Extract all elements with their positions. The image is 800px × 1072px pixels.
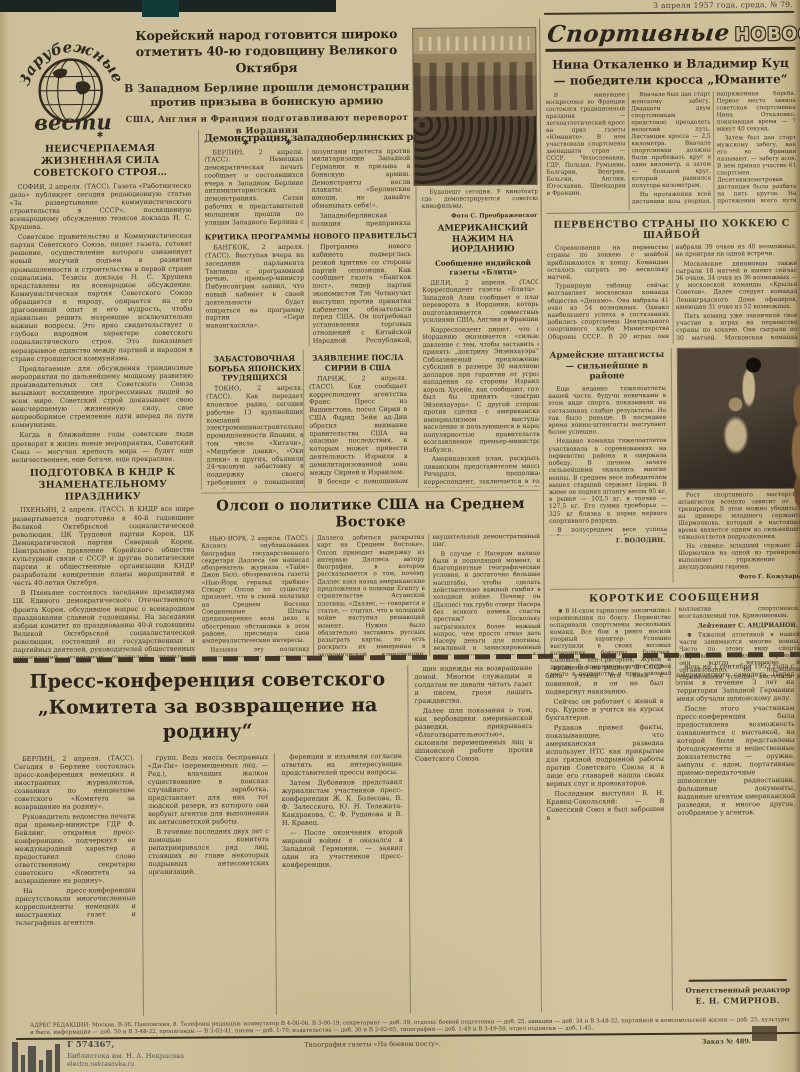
press-conference-lead: Пресс-конференция советского „Комитета з…	[13, 665, 404, 1018]
article-soviet-vitality: НЕИСЧЕРПАЕМАЯ ЖИЗНЕННАЯ СИЛА СОВЕТСКОГО …	[9, 143, 194, 464]
article-body: БЕРЛИН, 2 апреля. (ТАСС). Немецкая демок…	[204, 147, 411, 229]
article-alsop: Олсоп о политике США на Среднем Востоке …	[201, 490, 541, 658]
photo-caption: Рост спортивного мастерства штангистов в…	[678, 492, 800, 581]
paragraph: Последним выступил В. Н. Кравец-Сокольск…	[546, 789, 664, 822]
order-number: Заказ № 489.	[702, 1037, 751, 1045]
paragraph: Еще недавно тяжелоатлеты нашей части, бу…	[548, 385, 666, 436]
caption-text: Будапешт сегодня. У кинотеатра, где демо…	[421, 189, 541, 211]
article-body: В минувшее воскресенье во Франции состоя…	[546, 91, 797, 214]
page-dateline: 3 апреля 1957 года, среда, № 79.	[553, 0, 793, 11]
paragraph: Корреспондент пишет, что на Иорданию ока…	[423, 326, 542, 454]
paragraph: Московские динамовцы также сыграли 18 ма…	[676, 259, 798, 310]
sports-script-title: Спортивные	[546, 21, 731, 45]
text-column-6: ночь на 1 сентября 1953 года с американс…	[669, 662, 797, 1011]
article-body: ТОКИО, 2 апреля. (ТАСС). Как передает яп…	[206, 385, 304, 489]
ink-blot-artifact	[752, 1026, 777, 1041]
article-syria-ambassador: ЗАЯВЛЕНИЕ ПОСЛА СИРИИ В США ПАРИЖ, 2 апр…	[303, 349, 408, 488]
paragraph: ПАРИЖ, 2 апреля. (ТАСС). Как сообщает ко…	[309, 375, 408, 477]
editor-block: Ответственный редактор Е. Н. СМИРНОВ.	[679, 975, 797, 1011]
paragraph: В полусреднем весе успеха добился рядово…	[549, 526, 667, 536]
bullet-icon: ⊕	[687, 632, 692, 639]
paragraph: НЬЮ-ЙОРК, 2 апреля. (ТАСС). Касаясь опуб…	[201, 535, 310, 645]
svg-text:Зарубежные: Зарубежные	[20, 37, 121, 88]
paragraph: групп. Ведь масса бесправных «Ди-Пи» (пе…	[148, 753, 269, 826]
paragraph: Затем Дубовиков представил журналистам у…	[281, 778, 402, 827]
paragraph: Предлагаемые для обсуждения грандиозные …	[11, 363, 194, 429]
zarubezhnye-vesti-logo: Зарубежные вести	[20, 30, 121, 135]
watermark-text: Г 574367, Библиотека им. Н. А. Некрасова…	[67, 1040, 184, 1068]
paragraph: Программа нового кабинета подверглась ре…	[312, 243, 412, 346]
typography-line: Типография газеты «На боевом посту».	[304, 1040, 441, 1049]
sports-block-title: НОВОСТИ	[735, 26, 800, 45]
article-hockey-championship: ПЕРВЕНСТВО СТРАНЫ ПО ХОККЕЮ С ШАЙБОЙ Сор…	[547, 218, 798, 345]
column-right: Будапешт сегодня. У кинотеатра, где демо…	[416, 127, 541, 488]
divider	[689, 979, 787, 982]
photo-credit: Фото Г. Кожухарь.	[679, 573, 800, 581]
article-title: ЗАБАСТОВОЧНАЯ БОРЬБА ЯПОНСКИХ ТРУДЯЩИХСЯ	[206, 354, 303, 383]
column-paragraphs: ночь на 1 сентября 1953 года с американс…	[676, 662, 795, 819]
paragraph: На пресс-конференции присутствовали мног…	[15, 886, 136, 927]
article-body: ДЕЛИ, 2 апреля. (ТАСС). Корреспондент га…	[422, 279, 541, 488]
article-jordan-pressure: АМЕРИКАНСКИЙ НАЖИМ НА ИОРДАНИЮ Сообщение…	[422, 223, 541, 488]
article-title: Армейские штангисты — сильнейшие в район…	[548, 350, 666, 383]
article-title: ЗАЯВЛЕНИЕ ПОСЛА СИРИИ В США	[309, 353, 407, 373]
caption-note: На снимке: младший сержант Д. Шермачков …	[678, 543, 800, 572]
paragraph: — После окончания второй мировой войны я…	[282, 828, 403, 869]
article-title: НЕИСЧЕРПАЕМАЯ ЖИЗНЕННАЯ СИЛА СОВЕТСКОГО …	[9, 143, 191, 180]
globe-icon: Зарубежные вести	[20, 30, 121, 135]
paragraph: Далее шли показания о том, как вербовщик…	[415, 706, 533, 763]
article-title: АМЕРИКАНСКИЙ НАЖИМ НА ИОРДАНИЮ	[422, 223, 541, 256]
library-watermark: Г 574367, Библиотека им. Н. А. Некрасова…	[12, 1040, 184, 1072]
article-title: Пресс-конференция советского „Комитета з…	[13, 667, 402, 747]
article-paragraphs: Соревнования на первенство страны по хок…	[547, 243, 798, 345]
article-japan-strikes: ЗАБАСТОВОЧНАЯ БОРЬБА ЯПОНСКИХ ТРУДЯЩИХСЯ…	[206, 350, 304, 489]
editor-name: Е. Н. СМИРНОВ.	[679, 996, 797, 1005]
foreign-news-section: Зарубежные вести Корейский народ готовит…	[8, 23, 541, 659]
paragraph: В Пхеньяне состоялось заседание президиу…	[13, 588, 196, 659]
weightlifter-photo-block: Рост спортивного мастерства штангистов в…	[677, 347, 800, 583]
paragraph: БЕРЛИН, 2 апреля. (ТАСС). Сегодня в Берл…	[14, 754, 135, 811]
article-subtitle: Сообщение индийской газеты «Блитц»	[422, 258, 541, 277]
column-middle-wrap: Демонстрация западноберлинских рабочих Б…	[198, 127, 541, 658]
photo-credit: Фото С. Преображенского.	[422, 212, 541, 220]
paragraph: ДЕЛИ, 2 апреля. (ТАСС). Корреспондент га…	[422, 279, 541, 325]
paragraph: Руководитель ведомства печати при премье…	[14, 812, 135, 885]
article-army-weightlifters: Армейские штангисты — сильнейшие в район…	[548, 348, 674, 584]
text-column-4: щие надежды на возвращение домой. Многим…	[407, 664, 535, 1013]
newspaper-page: 3 апреля 1957 года, среда, № 79. Зарубеж…	[0, 0, 800, 1072]
library-site: electro.nekrasovka.ru	[67, 1061, 184, 1068]
paragraph: Соревнования на первенство страны по хок…	[547, 244, 669, 281]
paragraph: В течение последних двух лет с помощью к…	[148, 827, 269, 876]
paragraph: В случае с Насером налицо были и подходя…	[433, 550, 542, 658]
logo-top-text: Зарубежные	[20, 37, 121, 88]
weightlifter-photo	[677, 347, 800, 490]
press-conference-section: Пресс-конференция советского „Комитета з…	[13, 662, 800, 1018]
article-title: ПЕРВЕНСТВО СТРАНЫ ПО ХОККЕЮ С ШАЙБОЙ	[547, 218, 797, 242]
paragraph: СОФИЯ, 2 апреля. (ТАСС). Газета «Работни…	[9, 181, 191, 231]
article-body: ПХЕНЬЯН, 2 апреля. (ТАСС). В КНДР все ши…	[12, 505, 195, 659]
paper-tear-artifact	[788, 378, 800, 510]
column-left: ✱ НЕИСЧЕРПАЕМАЯ ЖИЗНЕННАЯ СИЛА СОВЕТСКОГ…	[9, 130, 195, 659]
paragraph: Недавно команда тяжелоатлетов участвовал…	[548, 437, 667, 524]
star-icon: ✱	[9, 130, 191, 140]
article-thailand: КРИТИКА ПРОГРАММЫ НОВОГО ПРАВИТЕЛЬСТВА Т…	[205, 231, 412, 346]
sub-headline: В Западном Берлине прошли демонстрации п…	[121, 80, 413, 111]
main-headline: Корейский народ готовится широко отметит…	[120, 26, 412, 77]
barcode-icon	[12, 1040, 60, 1072]
paragraph: В минувшее воскресенье во Франции состоя…	[546, 92, 626, 198]
library-name: Библиотека им. Н. А. Некрасова	[67, 1052, 184, 1060]
scan-edge-artifact-dark	[142, 0, 179, 17]
article-kndr-preparation: ПОДГОТОВКА В КНДР К ЗНАМЕНАТЕЛЬНОМУ ПРАЗ…	[12, 466, 195, 659]
article-signature: Лейтенант С. АНДРИАНОВ.	[679, 622, 798, 630]
paragraph: После этого участникам пресс-конференции…	[677, 704, 796, 817]
caption-text: Рост спортивного мастерства штангистов в…	[678, 492, 800, 542]
text-column-1: БЕРЛИН, 2 апреля. (ТАСС). Сегодня в Берл…	[14, 754, 137, 1017]
paragraph: ТОКИО, 2 апреля. (ТАСС). Как передает яп…	[206, 385, 304, 489]
photo-caption: Будапешт сегодня. У кинотеатра, где демо…	[421, 189, 541, 220]
divider	[544, 11, 794, 15]
paragraph: вращение на родину. В СССР была учтена е…	[545, 663, 663, 696]
sports-header: Спортивные НОВОСТИ	[545, 17, 795, 52]
article-body: БАНГКОК, 2 апреля. (ТАСС). Выступая вчер…	[205, 243, 412, 347]
column-middle: Демонстрация западноберлинских рабочих Б…	[198, 128, 419, 490]
article-body: Соревнования на первенство страны по хок…	[547, 243, 798, 345]
article-body: СОФИЯ, 2 апреля. (ТАСС). Газета «Работни…	[9, 181, 193, 464]
paragraph: ференции и изъявили согласие ответить на…	[281, 752, 402, 777]
paragraph: В беседе с помощником государственного с…	[310, 478, 408, 488]
paragraph: Вначале был дан старт женскому забегу. Д…	[631, 92, 711, 191]
article-title: ПОДГОТОВКА В КНДР К ЗНАМЕНАТЕЛЬНОМУ ПРАЗ…	[12, 466, 194, 503]
text-column-5: вращение на родину. В СССР была учтена е…	[538, 663, 666, 1012]
paragraph: ПХЕНЬЯН, 2 апреля. (ТАСС). В КНДР все ши…	[12, 505, 195, 587]
paragraph: щие надежды на возвращение домой. Многим…	[414, 664, 532, 705]
text-column-3: ференции и изъявили согласие ответить на…	[274, 752, 404, 1015]
article-body: НЬЮ-ЙОРК, 2 апреля. (ТАСС). Касаясь опуб…	[201, 533, 541, 658]
article-cross-humanite: Нина Откаленко и Владимир Куц — победите…	[545, 56, 796, 214]
foreign-body-columns: ✱ НЕИСЧЕРПАЕМАЯ ЖИЗНЕННАЯ СИЛА СОВЕТСКОГ…	[9, 127, 541, 659]
article-title: КРИТИКА ПРОГРАММЫ НОВОГО ПРАВИТЕЛЬСТВА Т…	[205, 231, 411, 241]
article-title: КОРОТКИЕ СООБЩЕНИЯ	[550, 592, 800, 605]
paragraph: Советское правительство и Коммунистическ…	[10, 232, 193, 363]
text-column-2: групп. Ведь масса бесправных «Ди-Пи» (пе…	[141, 753, 271, 1016]
sports-news-section: Спортивные НОВОСТИ Нина Откаленко и Влад…	[545, 17, 800, 655]
article-body: Еще недавно тяжелоатлеты нашей части, бу…	[548, 385, 667, 536]
article-body: ПАРИЖ, 2 апреля. (ТАСС). Как сообщает ко…	[309, 375, 408, 488]
library-number: Г 574367,	[67, 1040, 184, 1050]
paragraph: Когда в ближайшие годы советские люди пр…	[11, 430, 193, 464]
paragraph: Американский план, раскрытый ливанским п…	[424, 455, 542, 488]
paragraph: Сейчас он работает с женой в гор. Курске…	[545, 697, 663, 722]
article-title: Демонстрация западноберлинских рабочих	[204, 132, 410, 146]
editor-label: Ответственный редактор	[679, 986, 797, 995]
article-signature: Г. ВОЛОДИН.	[549, 537, 665, 545]
article-berlin-demo: Демонстрация западноберлинских рабочих Б…	[204, 132, 411, 229]
article-title: Нина Откаленко и Владимир Куц — победите…	[545, 56, 795, 89]
article-title: Олсоп о политике США на Среднем Востоке	[201, 495, 540, 532]
paragraph: Рудаков привел факты, показывающие, что …	[546, 723, 664, 788]
paragraph: ночь на 1 сентября 1953 года с американс…	[676, 662, 794, 703]
paragraph: БАНГКОК, 2 апреля. (ТАСС). Выступая вчер…	[205, 244, 305, 331]
bullet-icon: ⊕	[558, 608, 563, 615]
